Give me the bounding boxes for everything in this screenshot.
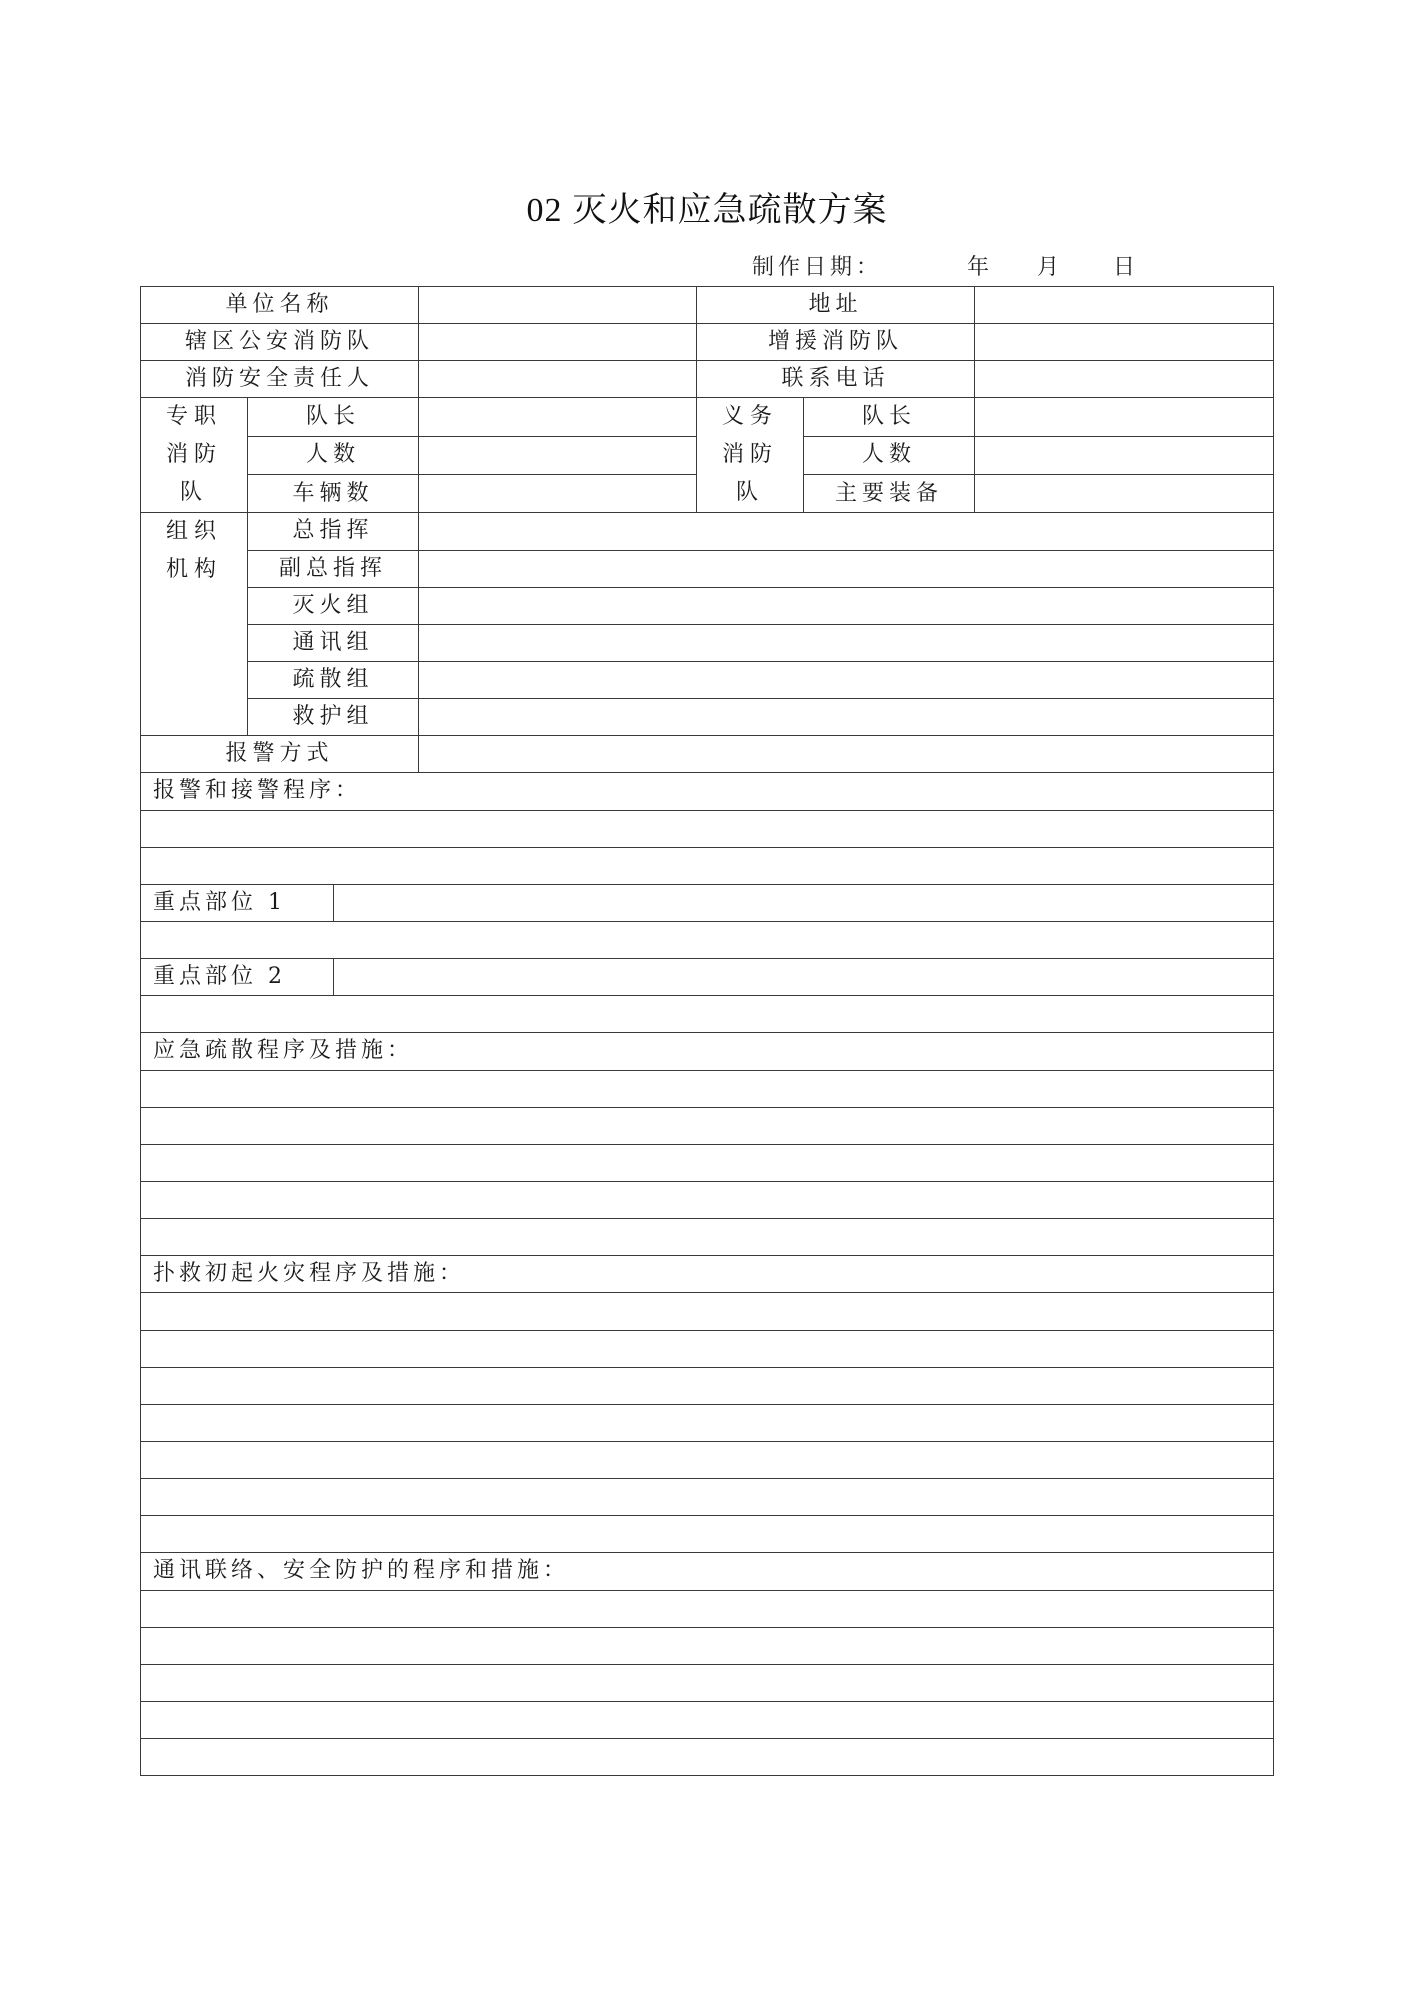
- alarm-procedure-line: [141, 810, 1274, 847]
- communication-group-field[interactable]: [419, 624, 1274, 661]
- key-location-2-input-line[interactable]: [141, 996, 1274, 1033]
- fire-fighting-input-line[interactable]: [141, 1330, 1274, 1367]
- communication-protection-label: 通讯联络、安全防护的程序和措施：: [141, 1553, 1274, 1590]
- alarm-method-label: 报警方式: [141, 736, 419, 773]
- alarm-method-field[interactable]: [419, 736, 1274, 773]
- evacuation-input-line[interactable]: [141, 1107, 1274, 1144]
- unit-name-field[interactable]: [419, 287, 697, 324]
- contact-phone-field[interactable]: [975, 361, 1274, 398]
- key-location-1-label: 重点部位 1: [141, 884, 334, 921]
- day-label: 日: [1113, 253, 1139, 283]
- commander-field[interactable]: [419, 513, 1274, 550]
- communication-input-line[interactable]: [141, 1701, 1274, 1738]
- initial-fire-fighting-label: 扑救初起火灾程序及措施：: [141, 1256, 1274, 1293]
- key-location-1-field[interactable]: [334, 884, 1274, 921]
- creation-date-label: 制作日期：: [752, 253, 882, 283]
- firefighting-group-label: 灭火组: [248, 587, 419, 624]
- volunteer-team-headcount-label: 人数: [804, 436, 975, 474]
- form-row: 消防安全责任人 联系电话: [141, 361, 1274, 398]
- volunteer-team-label: 义务 消防 队: [697, 398, 804, 513]
- safety-responsible-person-label: 消防安全责任人: [141, 361, 419, 398]
- fire-fighting-line: [141, 1330, 1274, 1367]
- fire-fighting-input-line[interactable]: [141, 1441, 1274, 1478]
- professional-team-vehicles-label: 车辆数: [248, 475, 419, 513]
- professional-team-label-line: 消防: [164, 436, 224, 474]
- fire-fighting-line: [141, 1293, 1274, 1330]
- form-row: 报警方式: [141, 736, 1274, 773]
- deputy-commander-label: 副总指挥: [248, 550, 419, 587]
- volunteer-team-label-line: 消防: [720, 436, 780, 474]
- alarm-procedure-label: 报警和接警程序：: [141, 773, 1274, 810]
- evacuation-input-line[interactable]: [141, 1144, 1274, 1181]
- form-row: 组织 机构 总指挥: [141, 513, 1274, 550]
- rescue-group-label: 救护组: [248, 699, 419, 736]
- organization-label: 组织 机构: [141, 513, 248, 736]
- key-location-1-input-line[interactable]: [141, 921, 1274, 958]
- document-title-text: 灭火和应急疏散方案: [573, 190, 888, 230]
- form-row: 通讯联络、安全防护的程序和措施：: [141, 1553, 1274, 1590]
- organization-label-line: 组织: [164, 513, 224, 551]
- form-row: 疏散组: [141, 661, 1274, 698]
- form-row: 应急疏散程序及措施：: [141, 1033, 1274, 1070]
- professional-team-headcount-field[interactable]: [419, 436, 697, 474]
- alarm-procedure-input-line[interactable]: [141, 847, 1274, 884]
- fire-fighting-line: [141, 1479, 1274, 1516]
- volunteer-team-captain-label: 队长: [804, 398, 975, 436]
- evacuation-label: 应急疏散程序及措施：: [141, 1033, 1274, 1070]
- evacuation-input-line[interactable]: [141, 1070, 1274, 1107]
- safety-responsible-person-field[interactable]: [419, 361, 697, 398]
- evacuation-line: [141, 1219, 1274, 1256]
- evacuation-group-field[interactable]: [419, 661, 1274, 698]
- form-row: 扑救初起火灾程序及措施：: [141, 1256, 1274, 1293]
- local-fire-brigade-label: 辖区公安消防队: [141, 324, 419, 361]
- form-row: 报警和接警程序：: [141, 773, 1274, 810]
- volunteer-team-equipment-field[interactable]: [975, 475, 1274, 513]
- communication-line: [141, 1739, 1274, 1776]
- unit-name-label: 单位名称: [141, 287, 419, 324]
- form-row: 重点部位 1: [141, 884, 1274, 921]
- key-location-2-field[interactable]: [334, 959, 1274, 996]
- communication-line: [141, 1627, 1274, 1664]
- professional-team-captain-label: 队长: [248, 398, 419, 436]
- evacuation-line: [141, 1107, 1274, 1144]
- communication-group-label: 通讯组: [248, 624, 419, 661]
- communication-input-line[interactable]: [141, 1664, 1274, 1701]
- communication-input-line[interactable]: [141, 1627, 1274, 1664]
- deputy-commander-field[interactable]: [419, 550, 1274, 587]
- fire-fighting-input-line[interactable]: [141, 1293, 1274, 1330]
- professional-team-captain-field[interactable]: [419, 398, 697, 436]
- document-number: 02: [527, 192, 563, 229]
- volunteer-team-headcount-field[interactable]: [975, 436, 1274, 474]
- evacuation-line: [141, 1070, 1274, 1107]
- professional-team-label: 专职 消防 队: [141, 398, 248, 513]
- professional-team-label-line: 队: [164, 474, 224, 512]
- volunteer-team-label-line: 义务: [720, 398, 780, 436]
- alarm-procedure-line: [141, 847, 1274, 884]
- form-row: 专职 消防 队 队长 义务 消防 队 队长: [141, 398, 1274, 436]
- evacuation-group-label: 疏散组: [248, 661, 419, 698]
- volunteer-team-captain-field[interactable]: [975, 398, 1274, 436]
- contact-phone-label: 联系电话: [697, 361, 975, 398]
- address-label: 地址: [697, 287, 975, 324]
- evacuation-input-line[interactable]: [141, 1219, 1274, 1256]
- fire-fighting-line: [141, 1367, 1274, 1404]
- evacuation-line: [141, 1144, 1274, 1181]
- form-row: 灭火组: [141, 587, 1274, 624]
- reinforcement-brigade-label: 增援消防队: [697, 324, 975, 361]
- volunteer-team-equipment-label: 主要装备: [804, 475, 975, 513]
- year-label: 年: [967, 253, 993, 283]
- fire-fighting-input-line[interactable]: [141, 1516, 1274, 1553]
- month-label: 月: [1037, 253, 1063, 283]
- professional-team-label-line: 专职: [164, 398, 224, 436]
- communication-input-line[interactable]: [141, 1739, 1274, 1776]
- firefighting-group-field[interactable]: [419, 587, 1274, 624]
- alarm-procedure-input-line[interactable]: [141, 810, 1274, 847]
- commander-label: 总指挥: [248, 513, 419, 550]
- fire-fighting-line: [141, 1516, 1274, 1553]
- fire-fighting-input-line[interactable]: [141, 1404, 1274, 1441]
- fire-fighting-line: [141, 1404, 1274, 1441]
- fire-evacuation-plan-form: 单位名称 地址 辖区公安消防队 增援消防队 消防安全责任人 联系电话 专职 消防…: [140, 286, 1274, 1776]
- form-row: 重点部位 2: [141, 959, 1274, 996]
- volunteer-team-label-line: 队: [720, 474, 780, 512]
- key-location-2-line: [141, 996, 1274, 1033]
- form-row: 辖区公安消防队 增援消防队: [141, 324, 1274, 361]
- address-field[interactable]: [975, 287, 1274, 324]
- document-title: 02灭火和应急疏散方案: [0, 188, 1414, 233]
- form-row: 副总指挥: [141, 550, 1274, 587]
- professional-team-vehicles-field[interactable]: [419, 475, 697, 513]
- communication-line: [141, 1664, 1274, 1701]
- fire-fighting-input-line[interactable]: [141, 1479, 1274, 1516]
- communication-input-line[interactable]: [141, 1590, 1274, 1627]
- key-location-2-label: 重点部位 2: [141, 959, 334, 996]
- rescue-group-field[interactable]: [419, 699, 1274, 736]
- professional-team-headcount-label: 人数: [248, 436, 419, 474]
- form-row: 通讯组: [141, 624, 1274, 661]
- communication-line: [141, 1701, 1274, 1738]
- reinforcement-brigade-field[interactable]: [975, 324, 1274, 361]
- evacuation-input-line[interactable]: [141, 1181, 1274, 1218]
- fire-fighting-line: [141, 1441, 1274, 1478]
- communication-line: [141, 1590, 1274, 1627]
- fire-fighting-input-line[interactable]: [141, 1367, 1274, 1404]
- evacuation-line: [141, 1181, 1274, 1218]
- form-row: 救护组: [141, 699, 1274, 736]
- form-row: 单位名称 地址: [141, 287, 1274, 324]
- organization-label-line: 机构: [164, 551, 224, 589]
- local-fire-brigade-field[interactable]: [419, 324, 697, 361]
- key-location-1-line: [141, 921, 1274, 958]
